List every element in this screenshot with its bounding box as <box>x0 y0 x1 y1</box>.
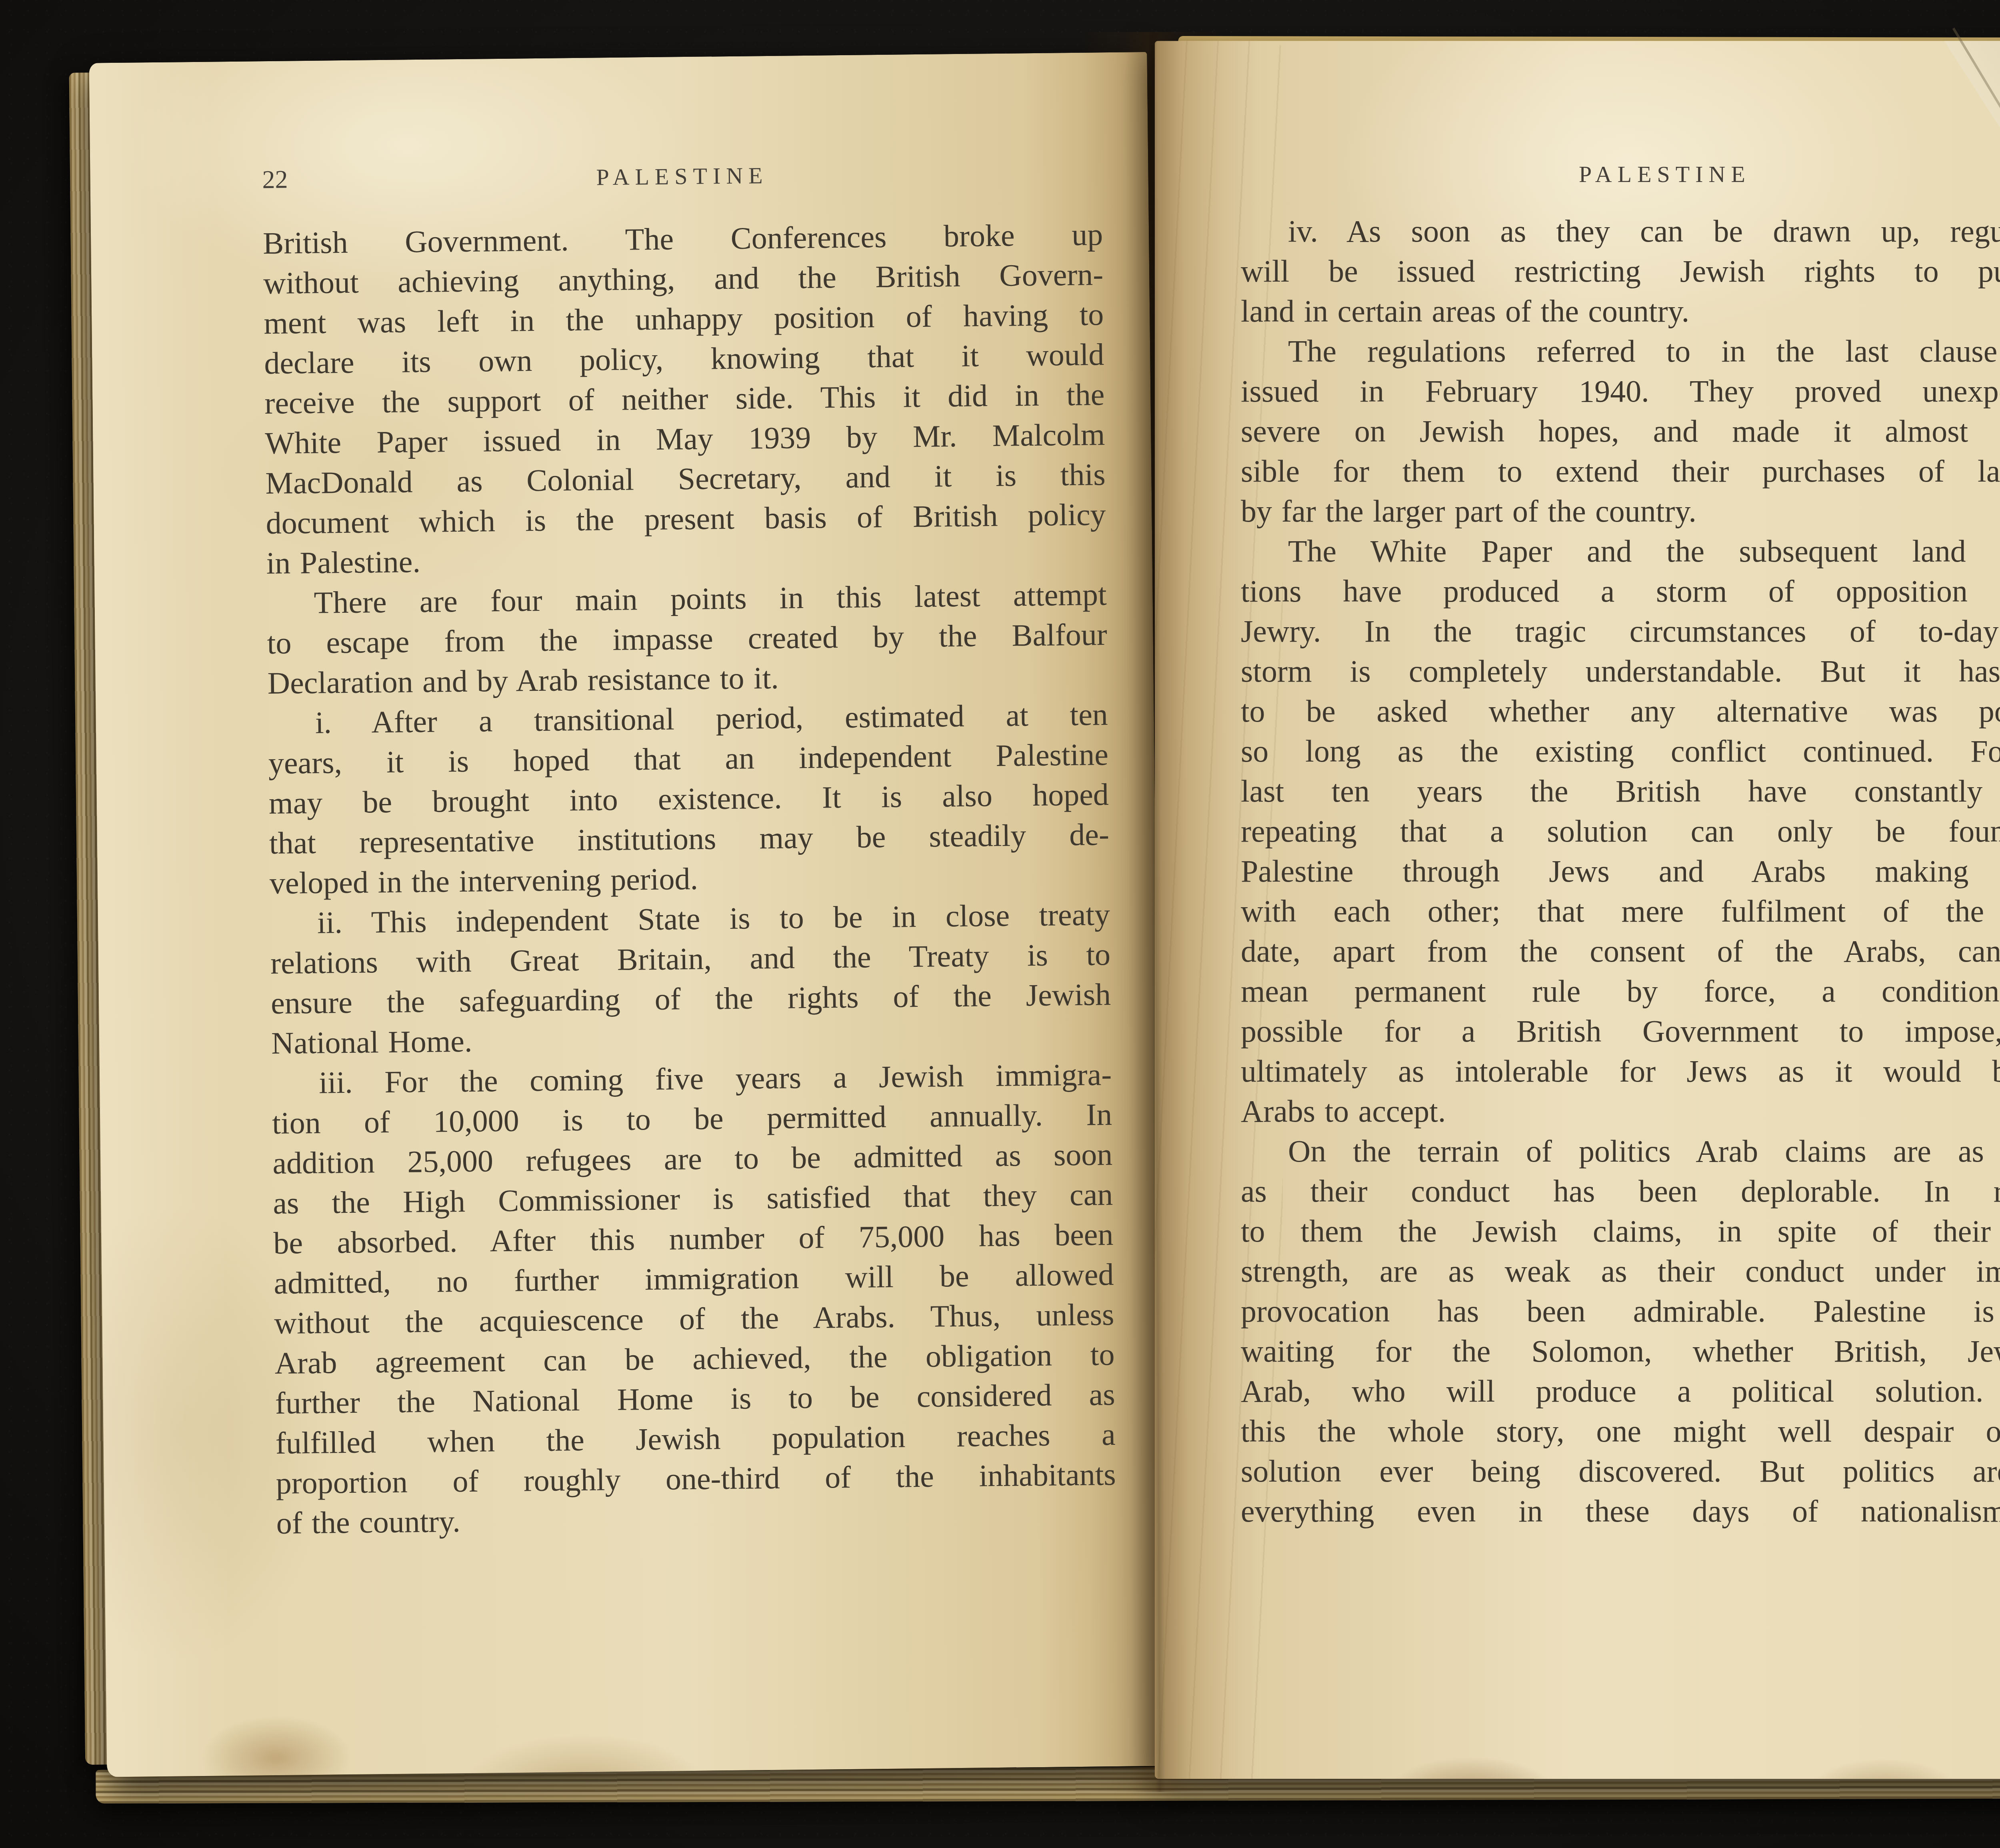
text-segment: fulfilled when the Jewish population rea… <box>275 1417 1116 1460</box>
text-segment: severe on Jewish hopes, and made it almo… <box>1241 414 2000 448</box>
text-line: ultimately as intolerable for Jews as it… <box>1241 1051 2000 1091</box>
text-segment: further the National Home is to be consi… <box>275 1377 1115 1420</box>
paragraph: There are four main points in this lates… <box>266 574 1108 703</box>
text-segment: National Home. <box>271 1024 472 1060</box>
paragraph: ii. This independent State is to be in c… <box>270 894 1112 1063</box>
text-segment: Palestine through Jews and Arabs making … <box>1241 854 2000 888</box>
text-line: as their conduct has been deplorable. In… <box>1241 1171 2000 1211</box>
paragraph: British Government. The Conferences brok… <box>263 214 1106 583</box>
text-line: provocation has been admirable. Palestin… <box>1241 1291 2000 1331</box>
text-segment: storm is completely understandable. But … <box>1241 654 2000 688</box>
text-segment: On the terrain of politics Arab claims a… <box>1288 1134 2000 1168</box>
text-segment: i. After a transitional period, estimate… <box>315 697 1108 740</box>
text-segment: waiting for the Solomon, whether British… <box>1241 1334 2000 1368</box>
text-segment: mean permanent rule by force, a conditio… <box>1241 974 2000 1008</box>
text-segment: that representative institutions may be … <box>269 817 1110 860</box>
text-line: The regulations referred to in the last … <box>1241 331 2000 371</box>
left-page: 22 PALESTINE British Government. The Con… <box>89 52 1165 1777</box>
text-line: waiting for the Solomon, whether British… <box>1241 1331 2000 1371</box>
text-line: severe on Jewish hopes, and made it almo… <box>1241 411 2000 451</box>
text-line: this the whole story, one might well des… <box>1241 1411 2000 1451</box>
running-header-right: PALESTINE <box>1241 161 2000 188</box>
text-segment: Declaration and by Arab resistance to it… <box>267 660 779 700</box>
text-line: iv. As soon as they can be drawn up, reg… <box>1241 211 2000 251</box>
text-line: so long as the existing conflict continu… <box>1241 731 2000 771</box>
text-segment: addition 25,000 refugees are to be admit… <box>272 1137 1113 1180</box>
text-segment: strength, are as weak as their conduct u… <box>1241 1254 2000 1288</box>
text-line: date, apart from the consent of the Arab… <box>1241 931 2000 971</box>
text-segment: in Palestine. <box>266 544 420 580</box>
paragraph: iv. As soon as they can be drawn up, reg… <box>1241 211 2000 331</box>
text-segment: without achieving anything, and the Brit… <box>263 257 1104 300</box>
text-segment: may be brought into existence. It is als… <box>269 777 1109 820</box>
paragraph: iii. For the coming five years a Jewish … <box>272 1054 1116 1543</box>
text-segment: veloped in the intervening period. <box>270 861 698 900</box>
text-line: land in certain areas of the country. <box>1241 291 2000 331</box>
text-segment: land in certain areas of the country. <box>1241 294 1689 328</box>
text-line: repeating that a solution can only be fo… <box>1241 811 2000 851</box>
text-segment: to escape from the impasse created by th… <box>267 617 1107 660</box>
text-line: storm is completely understandable. But … <box>1241 651 2000 691</box>
text-segment: British Government. The Conferences brok… <box>263 217 1103 260</box>
text-segment: iv. As soon as they can be drawn up, reg… <box>1288 214 2000 248</box>
text-segment: repeating that a solution can only be fo… <box>1241 814 2000 848</box>
text-line: by far the larger part of the country. <box>1241 491 2000 531</box>
right-page-header: PALESTINE 23 <box>1241 161 2000 192</box>
text-segment: tion of 10,000 is to be permitted annual… <box>272 1097 1112 1140</box>
text-segment: last ten years the British have constant… <box>1241 774 2000 808</box>
text-segment: as their conduct has been deplorable. In… <box>1241 1174 2000 1208</box>
page-number-left: 22 <box>262 164 288 194</box>
right-page: PALESTINE 23 iv. As soon as they can be … <box>1155 41 2000 1779</box>
text-segment: proportion of roughly one-third of the i… <box>276 1457 1116 1500</box>
left-page-text: British Government. The Conferences brok… <box>263 214 1116 1543</box>
text-segment: admitted, no further immigration will be… <box>274 1257 1114 1300</box>
text-line: with each other; that mere fulfilment of… <box>1241 891 2000 931</box>
text-line: Arab, who will produce a political solut… <box>1241 1371 2000 1411</box>
text-segment: years, it is hoped that an independent P… <box>268 737 1108 780</box>
book-photo: 22 PALESTINE British Government. The Con… <box>0 0 2000 1848</box>
text-segment: solution ever being discovered. But poli… <box>1241 1454 2000 1488</box>
text-line: The White Paper and the subsequent land … <box>1241 531 2000 571</box>
text-segment: MacDonald as Colonial Secretary, and it … <box>265 457 1106 500</box>
text-segment: issued in February 1940. They proved une… <box>1241 374 2000 408</box>
text-line: sible for them to extend their purchases… <box>1241 451 2000 491</box>
text-line: of the country. <box>276 1494 1116 1543</box>
text-segment: Arab, who will produce a political solut… <box>1241 1374 2000 1408</box>
text-line: mean permanent rule by force, a conditio… <box>1241 971 2000 1011</box>
paragraph: The White Paper and the subsequent land … <box>1241 531 2000 1131</box>
text-segment: Arabs to accept. <box>1241 1094 1446 1128</box>
left-page-header: 22 PALESTINE <box>262 158 1102 198</box>
text-segment: date, apart from the consent of the Arab… <box>1241 934 2000 968</box>
text-line: everything even in these days of nationa… <box>1241 1491 2000 1531</box>
text-line: possible for a British Government to imp… <box>1241 1011 2000 1051</box>
text-segment: ultimately as intolerable for Jews as it… <box>1241 1054 2000 1088</box>
text-segment: sible for them to extend their purchases… <box>1241 454 2000 488</box>
text-segment: The regulations referred to in the last … <box>1288 334 2000 368</box>
text-segment: ment was left in the unhappy position of… <box>264 297 1104 340</box>
text-segment: be absorbed. After this number of 75,000… <box>273 1217 1114 1260</box>
text-line: Palestine through Jews and Arabs making … <box>1241 851 2000 891</box>
text-segment: tions have produced a storm of oppositio… <box>1241 574 2000 608</box>
open-book: 22 PALESTINE British Government. The Con… <box>66 27 2000 1813</box>
text-line: tions have produced a storm of oppositio… <box>1241 571 2000 611</box>
text-segment: White Paper issued in May 1939 by Mr. Ma… <box>265 417 1105 460</box>
paragraph: The regulations referred to in the last … <box>1241 331 2000 531</box>
text-segment: with each other; that mere fulfilment of… <box>1241 894 2000 928</box>
text-segment: iii. For the coming five years a Jewish … <box>319 1057 1112 1100</box>
text-segment: provocation has been admirable. Palestin… <box>1241 1294 2000 1328</box>
text-line: solution ever being discovered. But poli… <box>1241 1451 2000 1491</box>
text-segment: will be issued restricting Jewish rights… <box>1241 254 2000 288</box>
text-segment: everything even in these days of nationa… <box>1241 1494 2000 1528</box>
text-segment: receive the support of neither side. Thi… <box>264 377 1105 420</box>
text-line: to be asked whether any alternative was … <box>1241 691 2000 731</box>
text-line: strength, are as weak as their conduct u… <box>1241 1251 2000 1291</box>
text-segment: as the High Commissioner is satisfied th… <box>273 1177 1113 1220</box>
text-segment: to be asked whether any alternative was … <box>1241 694 2000 728</box>
text-segment: ensure the safeguarding of the rights of… <box>271 977 1111 1020</box>
text-segment: Jewry. In the tragic circumstances of to… <box>1241 614 2000 648</box>
text-line: issued in February 1940. They proved une… <box>1241 371 2000 411</box>
running-header-left: PALESTINE <box>262 158 1102 194</box>
text-segment: The White Paper and the subsequent land … <box>1288 534 2000 568</box>
text-line: On the terrain of politics Arab claims a… <box>1241 1131 2000 1171</box>
text-segment: so long as the existing conflict continu… <box>1241 734 2000 768</box>
text-line: to them the Jewish claims, in spite of t… <box>1241 1211 2000 1251</box>
text-line: Jewry. In the tragic circumstances of to… <box>1241 611 2000 651</box>
text-segment: of the country. <box>276 1504 460 1540</box>
paragraph: On the terrain of politics Arab claims a… <box>1241 1131 2000 1531</box>
text-segment: Arab agreement can be achieved, the obli… <box>274 1337 1115 1380</box>
text-segment: to them the Jewish claims, in spite of t… <box>1241 1214 2000 1248</box>
paragraph: i. After a transitional period, estimate… <box>268 694 1110 903</box>
text-segment: ii. This independent State is to be in c… <box>317 897 1110 940</box>
text-segment: document which is the present basis of B… <box>266 497 1106 540</box>
text-segment: by far the larger part of the country. <box>1241 494 1696 528</box>
text-line: last ten years the British have constant… <box>1241 771 2000 811</box>
text-line: Arabs to accept. <box>1241 1091 2000 1131</box>
text-segment: this the whole story, one might well des… <box>1241 1414 2000 1448</box>
text-line: will be issued restricting Jewish rights… <box>1241 251 2000 291</box>
text-segment: possible for a British Government to imp… <box>1241 1014 2000 1048</box>
text-segment: declare its own policy, knowing that it … <box>264 337 1104 380</box>
right-page-text: iv. As soon as they can be drawn up, reg… <box>1241 211 2000 1531</box>
text-segment: There are four main points in this lates… <box>314 577 1107 620</box>
text-segment: without the acquiescence of the Arabs. T… <box>274 1297 1114 1340</box>
text-segment: relations with Great Britain, and the Tr… <box>270 937 1111 980</box>
